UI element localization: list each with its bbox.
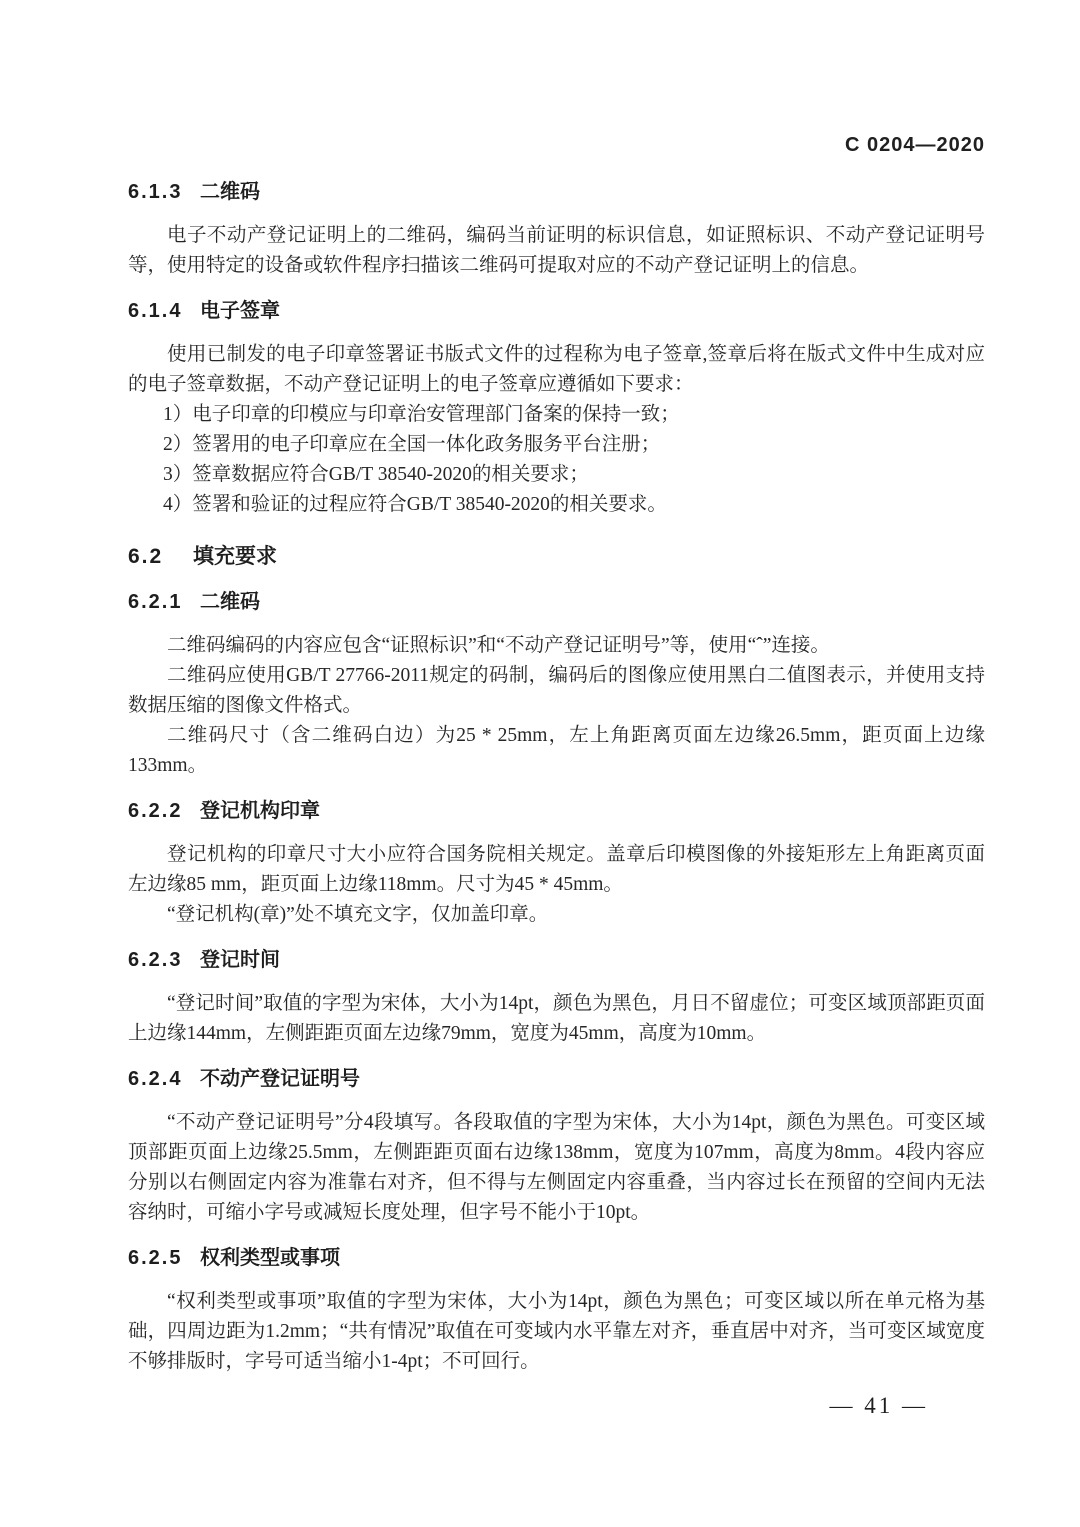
document-content: C 0204—2020 6.1.3 二维码 电子不动产登记证明上的二维码，编码当… <box>128 0 985 1377</box>
paragraph: 二维码尺寸（含二维码白边）为25 * 25mm，左上角距离页面左边缘26.5mm… <box>128 721 985 781</box>
section-heading: 6.2.3 登记时间 <box>128 946 985 974</box>
heading-title: 电子签章 <box>200 300 280 322</box>
heading-number: 6.2.2 <box>128 800 182 822</box>
paragraph: 电子不动产登记证明上的二维码，编码当前证明的标识信息，如证照标识、不动产登记证明… <box>128 221 985 281</box>
section-6-2-1: 6.2.1 二维码 二维码编码的内容应包含“证照标识”和“不动产登记证明号”等，… <box>128 588 985 781</box>
paragraph: “登记时间”取值的字型为宋体，大小为14pt，颜色为黑色，月日不留虚位；可变区域… <box>128 989 985 1049</box>
heading-title: 登记机构印章 <box>200 800 320 822</box>
list-item: 2）签署用的电子印章应在全国一体化政务服务平台注册； <box>128 430 985 460</box>
list-item: 4）签署和验证的过程应符合GB/T 38540-2020的相关要求。 <box>128 490 985 520</box>
section-6-2-3: 6.2.3 登记时间 “登记时间”取值的字型为宋体，大小为14pt，颜色为黑色，… <box>128 946 985 1049</box>
heading-number: 6.1.3 <box>128 181 182 203</box>
section-heading: 6.1.3 二维码 <box>128 178 985 206</box>
section-6-2-4: 6.2.4 不动产登记证明号 “不动产登记证明号”分4段填写。各段取值的字型为宋… <box>128 1065 985 1228</box>
section-heading: 6.2.2 登记机构印章 <box>128 797 985 825</box>
heading-title: 权利类型或事项 <box>200 1247 340 1269</box>
requirement-list: 1）电子印章的印模应与印章治安管理部门备案的保持一致； 2）签署用的电子印章应在… <box>128 400 985 520</box>
heading-title: 不动产登记证明号 <box>200 1068 360 1090</box>
section-heading: 6.1.4 电子签章 <box>128 297 985 325</box>
paragraph: “登记机构(章)”处不填充文字，仅加盖印章。 <box>128 900 985 930</box>
heading-number: 6.1.4 <box>128 300 182 322</box>
heading-number: 6.2.1 <box>128 591 182 613</box>
heading-number: 6.2 <box>128 545 163 568</box>
section-6-2: 6.2 填充要求 <box>128 542 985 572</box>
section-heading: 6.2.1 二维码 <box>128 588 985 616</box>
heading-title: 二维码 <box>200 591 260 613</box>
list-item: 3）签章数据应符合GB/T 38540-2020的相关要求； <box>128 460 985 490</box>
list-item: 1）电子印章的印模应与印章治安管理部门备案的保持一致； <box>128 400 985 430</box>
section-6-1-3: 6.1.3 二维码 电子不动产登记证明上的二维码，编码当前证明的标识信息，如证照… <box>128 178 985 281</box>
paragraph: “权利类型或事项”取值的字型为宋体，大小为14pt，颜色为黑色；可变区域以所在单… <box>128 1287 985 1377</box>
heading-number: 6.2.4 <box>128 1068 182 1090</box>
doc-code: C 0204—2020 <box>128 0 985 157</box>
paragraph: 使用已制发的电子印章签署证书版式文件的过程称为电子签章,签章后将在版式文件中生成… <box>128 340 985 400</box>
page-number: — 41 — <box>830 1393 929 1419</box>
section-6-2-2: 6.2.2 登记机构印章 登记机构的印章尺寸大小应符合国务院相关规定。盖章后印模… <box>128 797 985 930</box>
section-heading: 6.2 填充要求 <box>128 542 985 572</box>
section-6-2-5: 6.2.5 权利类型或事项 “权利类型或事项”取值的字型为宋体，大小为14pt，… <box>128 1244 985 1377</box>
document-page: C 0204—2020 6.1.3 二维码 电子不动产登记证明上的二维码，编码当… <box>0 0 1080 1527</box>
section-heading: 6.2.5 权利类型或事项 <box>128 1244 985 1272</box>
heading-title: 填充要求 <box>193 545 277 568</box>
heading-number: 6.2.5 <box>128 1247 182 1269</box>
paragraph: 二维码编码的内容应包含“证照标识”和“不动产登记证明号”等，使用“ˆ”连接。 <box>128 631 985 661</box>
paragraph: 二维码应使用GB/T 27766-2011规定的码制，编码后的图像应使用黑白二值… <box>128 661 985 721</box>
heading-title: 登记时间 <box>200 949 280 971</box>
section-heading: 6.2.4 不动产登记证明号 <box>128 1065 985 1093</box>
paragraph: “不动产登记证明号”分4段填写。各段取值的字型为宋体，大小为14pt，颜色为黑色… <box>128 1108 985 1228</box>
heading-number: 6.2.3 <box>128 949 182 971</box>
heading-title: 二维码 <box>200 181 260 203</box>
section-6-1-4: 6.1.4 电子签章 使用已制发的电子印章签署证书版式文件的过程称为电子签章,签… <box>128 297 985 520</box>
paragraph: 登记机构的印章尺寸大小应符合国务院相关规定。盖章后印模图像的外接矩形左上角距离页… <box>128 840 985 900</box>
